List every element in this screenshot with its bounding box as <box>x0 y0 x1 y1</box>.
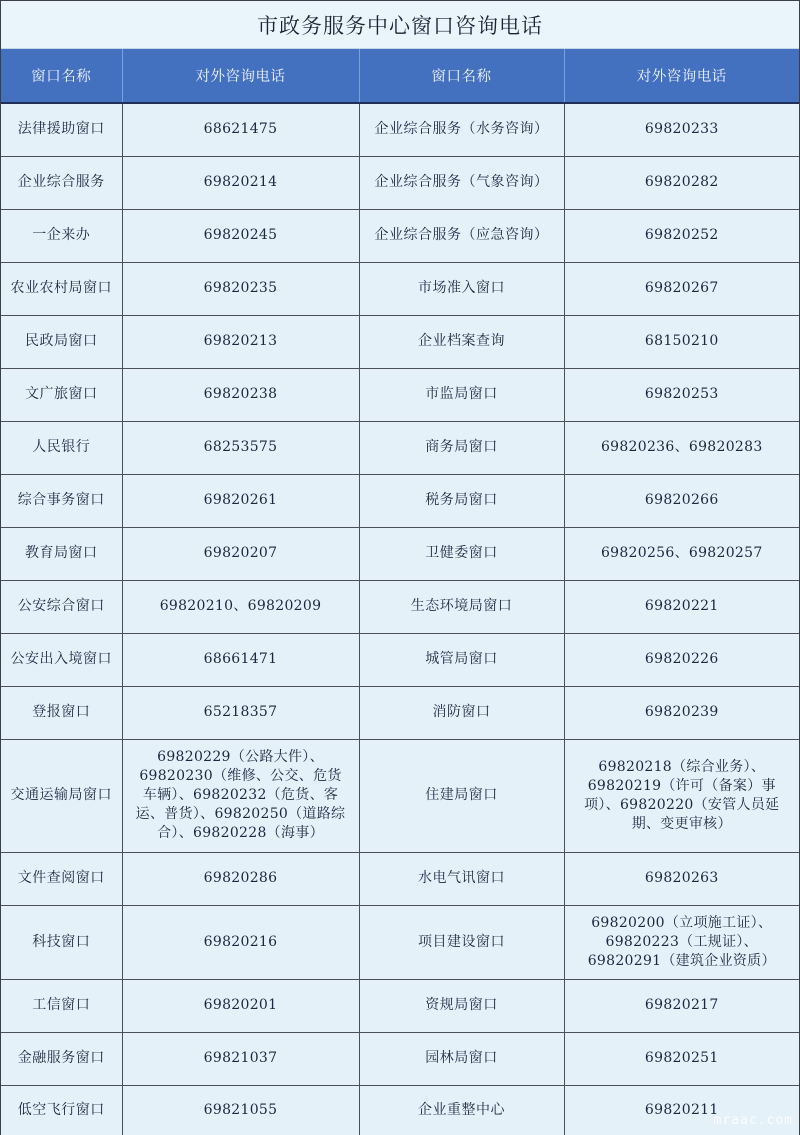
table-row: 民政局窗口 69820213 企业档案查询 68150210 <box>1 315 799 368</box>
table-row: 人民银行 68253575 商务局窗口 69820236、69820283 <box>1 421 799 474</box>
phone-number: 69820238 <box>122 368 359 421</box>
table-row: 登报窗口 65218357 消防窗口 69820239 <box>1 686 799 739</box>
phone-number: 69820253 <box>564 368 799 421</box>
table-row: 综合事务窗口 69820261 税务局窗口 69820266 <box>1 474 799 527</box>
table-row: 文广旅窗口 69820238 市监局窗口 69820253 <box>1 368 799 421</box>
phone-number: 69820201 <box>122 979 359 1032</box>
phone-number: 69820236、69820283 <box>564 421 799 474</box>
window-name: 住建局窗口 <box>359 739 564 852</box>
phone-number: 69820235 <box>122 262 359 315</box>
window-name: 企业综合服务 <box>1 156 122 209</box>
header-window-name-1: 窗口名称 <box>1 49 122 103</box>
window-name: 科技窗口 <box>1 905 122 979</box>
phone-number: 69820213 <box>122 315 359 368</box>
window-name: 法律援助窗口 <box>1 103 122 156</box>
window-name: 园林局窗口 <box>359 1032 564 1085</box>
phone-number: 69820245 <box>122 209 359 262</box>
window-name: 资规局窗口 <box>359 979 564 1032</box>
window-name: 公安综合窗口 <box>1 580 122 633</box>
window-name: 登报窗口 <box>1 686 122 739</box>
window-name: 商务局窗口 <box>359 421 564 474</box>
window-name: 交通运输局窗口 <box>1 739 122 852</box>
window-name: 教育局窗口 <box>1 527 122 580</box>
watermark: mraac.com <box>714 1113 793 1128</box>
table-row: 企业综合服务 69820214 企业综合服务（气象咨询） 69820282 <box>1 156 799 209</box>
phone-number: 69820263 <box>564 852 799 905</box>
window-name: 一企来办 <box>1 209 122 262</box>
phone-number: 69820216 <box>122 905 359 979</box>
phone-number: 69820233 <box>564 103 799 156</box>
window-name: 人民银行 <box>1 421 122 474</box>
phone-number: 65218357 <box>122 686 359 739</box>
phone-number: 69820267 <box>564 262 799 315</box>
phone-number: 68661471 <box>122 633 359 686</box>
window-name: 农业农村局窗口 <box>1 262 122 315</box>
window-name: 综合事务窗口 <box>1 474 122 527</box>
window-name: 金融服务窗口 <box>1 1032 122 1085</box>
window-name: 生态环境局窗口 <box>359 580 564 633</box>
window-name: 市监局窗口 <box>359 368 564 421</box>
phone-number: 69820207 <box>122 527 359 580</box>
window-name: 企业综合服务（气象咨询） <box>359 156 564 209</box>
phone-number: 69820261 <box>122 474 359 527</box>
phone-number: 69820217 <box>564 979 799 1032</box>
phone-number: 69820286 <box>122 852 359 905</box>
table-row: 低空飞行窗口 69821055 企业重整中心 69820211 <box>1 1085 799 1135</box>
contact-table: 窗口名称 对外咨询电话 窗口名称 对外咨询电话 法律援助窗口 68621475 … <box>1 49 799 1135</box>
window-name: 企业重整中心 <box>359 1085 564 1135</box>
table-row: 科技窗口 69820216 项目建设窗口 69820200（立项施工证）、698… <box>1 905 799 979</box>
window-name: 消防窗口 <box>359 686 564 739</box>
phone-number: 69820266 <box>564 474 799 527</box>
window-name: 企业综合服务（应急咨询） <box>359 209 564 262</box>
table-row: 工信窗口 69820201 资规局窗口 69820217 <box>1 979 799 1032</box>
table-row: 法律援助窗口 68621475 企业综合服务（水务咨询） 69820233 <box>1 103 799 156</box>
window-name: 公安出入境窗口 <box>1 633 122 686</box>
window-name: 水电气讯窗口 <box>359 852 564 905</box>
window-name: 城管局窗口 <box>359 633 564 686</box>
phone-number: 69821037 <box>122 1032 359 1085</box>
phone-number: 68253575 <box>122 421 359 474</box>
phone-number: 69820226 <box>564 633 799 686</box>
phone-number: 69820252 <box>564 209 799 262</box>
phone-number: 69820218（综合业务）、69820219（许可（备案）事项）、698202… <box>564 739 799 852</box>
contact-table-sheet: 市政务服务中心窗口咨询电话 窗口名称 对外咨询电话 窗口名称 对外咨询电话 法律… <box>0 0 800 1135</box>
phone-number: 68621475 <box>122 103 359 156</box>
window-name: 低空飞行窗口 <box>1 1085 122 1135</box>
phone-number: 69820256、69820257 <box>564 527 799 580</box>
phone-number: 68150210 <box>564 315 799 368</box>
phone-number: 69820221 <box>564 580 799 633</box>
phone-number: 69820239 <box>564 686 799 739</box>
window-name: 文广旅窗口 <box>1 368 122 421</box>
window-name: 工信窗口 <box>1 979 122 1032</box>
phone-number: 69820251 <box>564 1032 799 1085</box>
header-phone-2: 对外咨询电话 <box>564 49 799 103</box>
phone-number: 69821055 <box>122 1085 359 1135</box>
phone-number: 69820210、69820209 <box>122 580 359 633</box>
table-header: 窗口名称 对外咨询电话 窗口名称 对外咨询电话 <box>1 49 799 103</box>
window-name: 文件查阅窗口 <box>1 852 122 905</box>
table-row: 教育局窗口 69820207 卫健委窗口 69820256、69820257 <box>1 527 799 580</box>
page-title: 市政务服务中心窗口咨询电话 <box>1 1 799 49</box>
window-name: 市场准入窗口 <box>359 262 564 315</box>
window-name: 民政局窗口 <box>1 315 122 368</box>
table-row: 交通运输局窗口 69820229（公路大件）、69820230（维修、公交、危货… <box>1 739 799 852</box>
window-name: 卫健委窗口 <box>359 527 564 580</box>
window-name: 税务局窗口 <box>359 474 564 527</box>
window-name: 企业综合服务（水务咨询） <box>359 103 564 156</box>
table-row: 公安出入境窗口 68661471 城管局窗口 69820226 <box>1 633 799 686</box>
table-row: 一企来办 69820245 企业综合服务（应急咨询） 69820252 <box>1 209 799 262</box>
phone-number: 69820214 <box>122 156 359 209</box>
table-row: 文件查阅窗口 69820286 水电气讯窗口 69820263 <box>1 852 799 905</box>
window-name: 企业档案查询 <box>359 315 564 368</box>
phone-number: 69820229（公路大件）、69820230（维修、公交、危货车辆）、6982… <box>122 739 359 852</box>
phone-number: 69820200（立项施工证）、69820223（工规证）、69820291（建… <box>564 905 799 979</box>
table-row: 公安综合窗口 69820210、69820209 生态环境局窗口 6982022… <box>1 580 799 633</box>
header-phone-1: 对外咨询电话 <box>122 49 359 103</box>
phone-number: 69820282 <box>564 156 799 209</box>
header-window-name-2: 窗口名称 <box>359 49 564 103</box>
table-row: 金融服务窗口 69821037 园林局窗口 69820251 <box>1 1032 799 1085</box>
window-name: 项目建设窗口 <box>359 905 564 979</box>
table-row: 农业农村局窗口 69820235 市场准入窗口 69820267 <box>1 262 799 315</box>
